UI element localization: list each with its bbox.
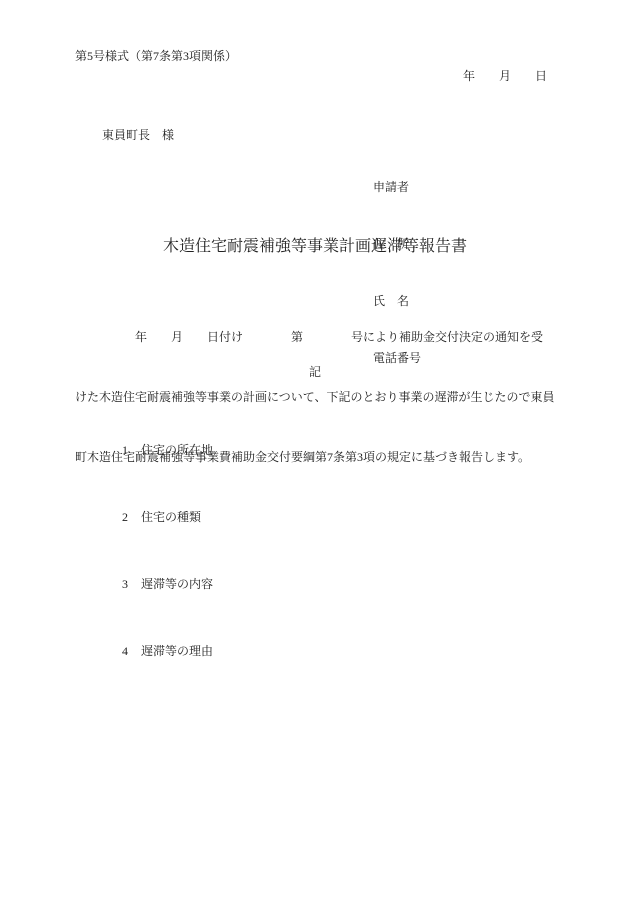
item-label: 遅滞等の理由 [141, 644, 213, 658]
item-label: 住宅の所在地 [141, 443, 213, 457]
applicant-heading: 申請者 [373, 178, 421, 197]
list-item: 1住宅の所在地 [104, 432, 213, 444]
list-item: 2住宅の種類 [104, 499, 213, 511]
report-item-list: 1住宅の所在地 2住宅の種類 3遅滞等の内容 4遅滞等の理由 [104, 402, 213, 700]
document-title: 木造住宅耐震補強等事業計画遅滞等報告書 [0, 238, 630, 256]
document-page: 第5号様式（第7条第3項関係） 年 月 日 東員町長 様 申請者 住 所 氏 名… [0, 0, 630, 903]
addressee: 東員町長 様 [102, 128, 174, 142]
item-number: 2 [122, 511, 141, 523]
item-number: 3 [122, 578, 141, 590]
body-line-1: 年 月 日付け 第 号により補助金交付決定の通知を受 [75, 327, 557, 347]
list-item: 4遅滞等の理由 [104, 633, 213, 645]
item-label: 住宅の種類 [141, 510, 201, 524]
item-number: 4 [122, 645, 141, 657]
form-number: 第5号様式（第7条第3項関係） [75, 49, 237, 63]
item-label: 遅滞等の内容 [141, 577, 213, 591]
section-marker: 記 [0, 365, 630, 379]
date-line: 年 月 日 [463, 69, 547, 83]
list-item: 3遅滞等の内容 [104, 566, 213, 578]
item-number: 1 [122, 444, 141, 456]
